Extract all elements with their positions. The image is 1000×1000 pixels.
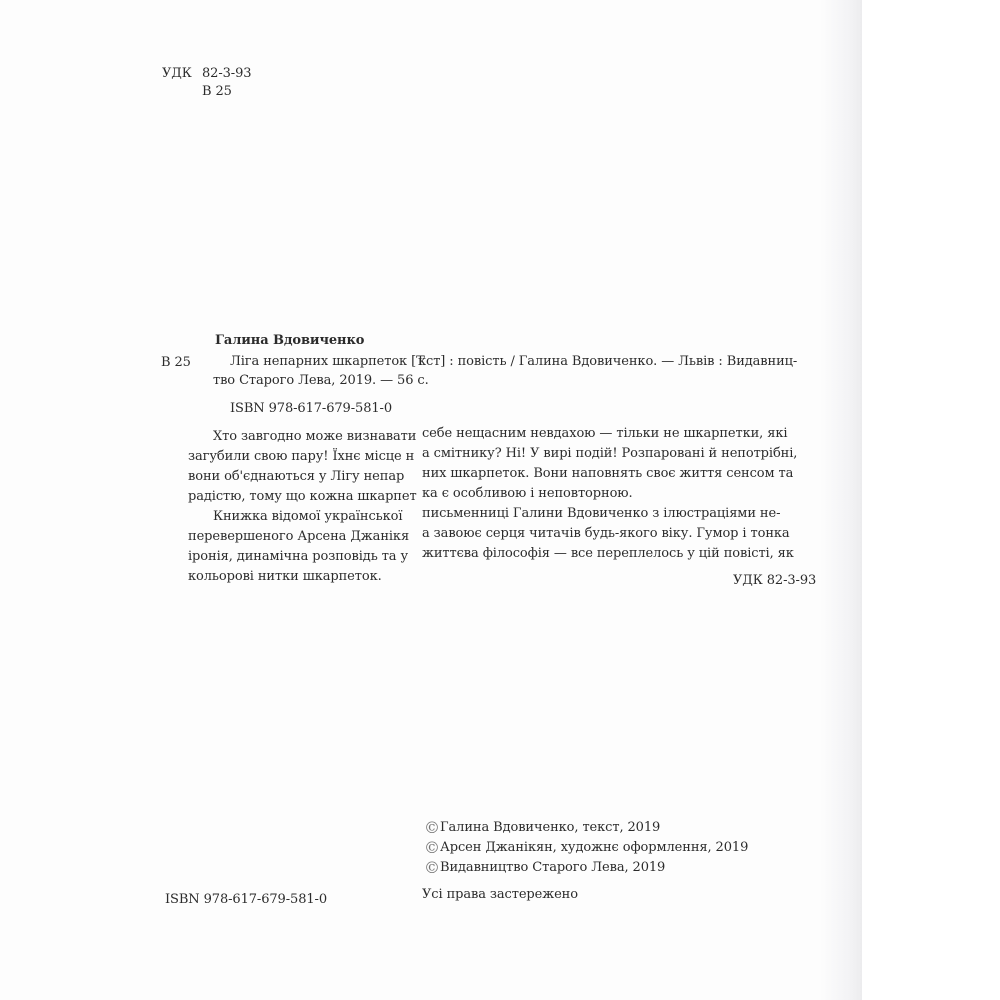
entry-isbn: ISBN 978-617-679-581-0 xyxy=(230,399,392,418)
isbn-bottom: ISBN 978-617-679-581-0 xyxy=(165,890,327,909)
copyright-line: Арсен Джанікян, художнє оформлення, 2019 xyxy=(440,838,748,857)
annotation-right-line: письменниці Галини Вдовиченко з ілюстрац… xyxy=(422,504,780,523)
publisher-line: тво Старого Лева, 2019. — 56 с. xyxy=(213,371,429,390)
rights-reserved: Усі права застережено xyxy=(422,885,578,904)
page-edge-shadow xyxy=(820,0,862,1000)
copyright-icon: © xyxy=(424,839,438,857)
annotation-left-line: Книжка відомої української xyxy=(213,507,402,526)
entry-bbk-code: В 25 xyxy=(161,353,191,372)
annotation-left-line: перевершеного Арсена Джанікя xyxy=(188,527,409,546)
copyright-line: Галина Вдовиченко, текст, 2019 xyxy=(440,818,660,837)
udk-label: УДК xyxy=(162,64,192,83)
annotation-right-line: а завоює серця читачів будь-якого віку. … xyxy=(422,524,790,543)
annotation-left-line: Хто завгодно може визнавати xyxy=(213,427,416,446)
annotation-right-line: а смітнику? Ні! У вирі подій! Розпарован… xyxy=(422,444,797,463)
annotation-right-line: них шкарпеток. Вони наповнять своє життя… xyxy=(422,464,793,483)
annotation-left-line: радістю, тому що кожна шкарпет xyxy=(188,487,417,506)
bbk-code: В 25 xyxy=(202,82,232,101)
annotation-left-line: вони об'єднаються у Лігу непар xyxy=(188,467,404,486)
udk-code: 82-3-93 xyxy=(202,64,251,83)
annotation-left-line: іронія, динамічна розповідь та у xyxy=(188,547,408,566)
annotation-right-line: життєва філософія — все переплелось у ці… xyxy=(422,544,794,563)
copyright-icon: © xyxy=(424,819,438,837)
annotation-udk-code: УДК 82-3-93 xyxy=(733,571,816,590)
copyright-line: Видавництво Старого Лева, 2019 xyxy=(440,858,665,877)
book-title-line: Ліга непарних шкарпеток [Т xyxy=(230,352,425,371)
annotation-left-line: загубили свою пару! Їхнє місце н xyxy=(188,447,414,466)
annotation-right-line: ка є особливою і неповторною. xyxy=(422,484,633,503)
book-title-line-continued: кст] : повість / Галина Вдовиченко. — Ль… xyxy=(418,352,797,371)
annotation-right-line: себе нещасним невдахою — тільки не шкарп… xyxy=(422,424,787,443)
author-name: Галина Вдовиченко xyxy=(215,331,364,350)
copyright-icon: © xyxy=(424,859,438,877)
annotation-left-line: кольорові нитки шкарпеток. xyxy=(188,567,382,586)
